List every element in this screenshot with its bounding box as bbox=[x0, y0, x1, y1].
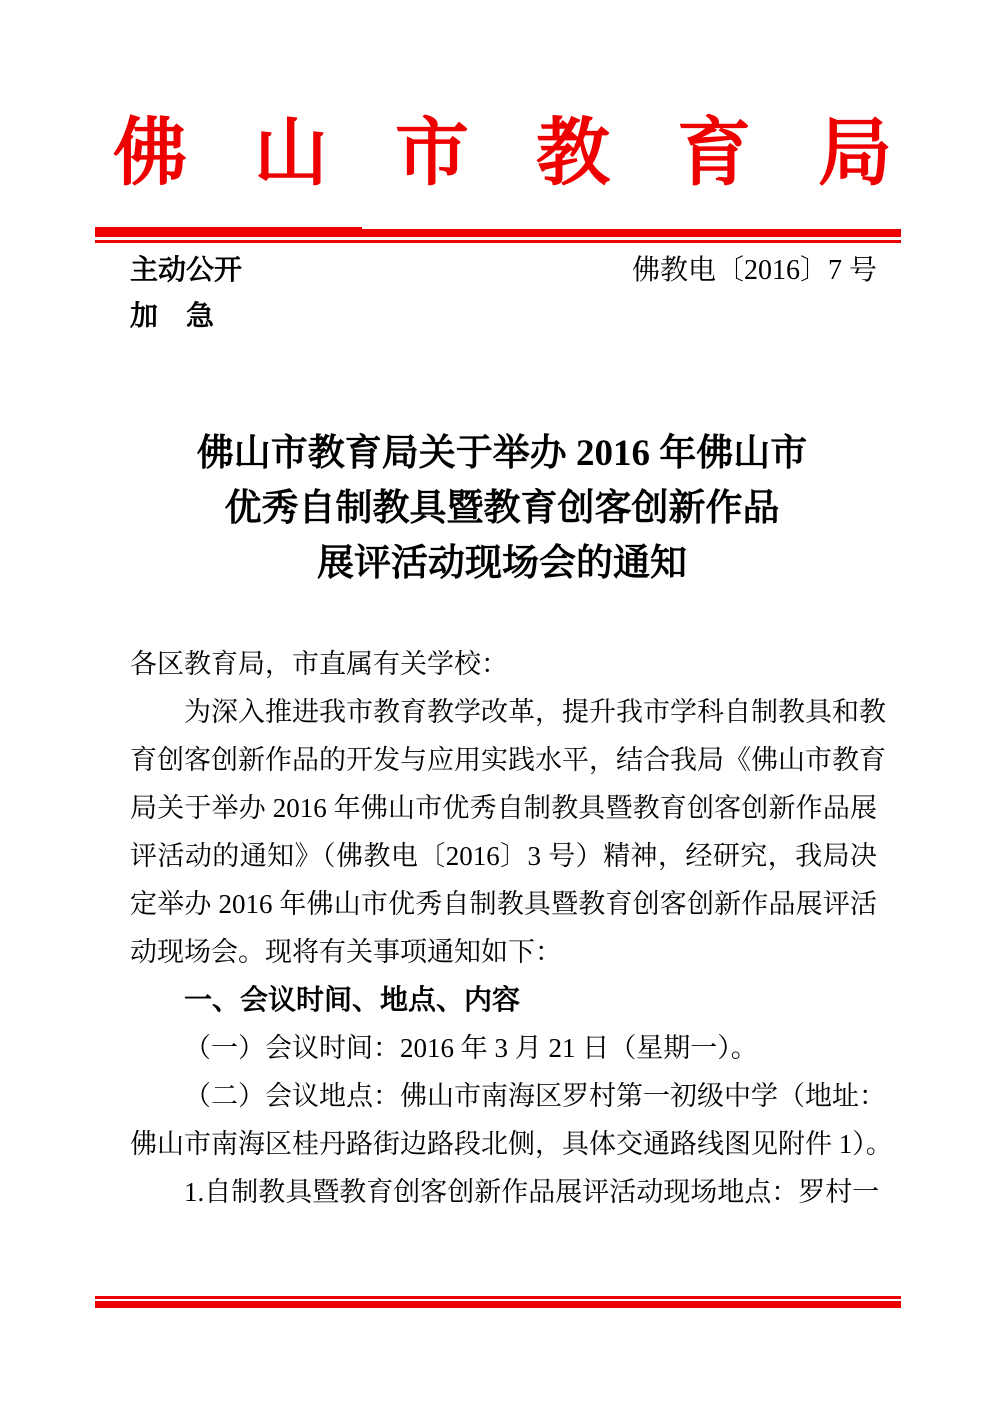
document-title: 佛山市教育局关于举办 2016 年佛山市 优秀自制教具暨教育创客创新作品 展评活… bbox=[122, 426, 882, 591]
paragraph-line: 育创客创新作品的开发与应用实践水平，结合我局《佛山市教育 bbox=[130, 736, 877, 784]
document-page: 佛山市教育局 主动公开 佛教电〔2016〕7 号 加 急 佛山市教育局关于举办 … bbox=[0, 0, 992, 1403]
salutation-line: 各区教育局，市直属有关学校： bbox=[130, 640, 877, 688]
header-divider-thick-left-segment bbox=[95, 227, 362, 237]
paragraph-line: 局关于举办 2016 年佛山市优秀自制教具暨教育创客创新作品展 bbox=[130, 784, 877, 832]
paragraph-line: 评活动的通知》（佛教电〔2016〕3 号）精神，经研究，我局决 bbox=[130, 832, 877, 880]
urgency-label: 加 急 bbox=[130, 298, 214, 334]
header-divider-thin-line bbox=[95, 240, 901, 243]
agency-name: 佛山市教育局 bbox=[113, 112, 892, 196]
list-item-line: 佛山市南海区桂丹路街边路段北侧，具体交通路线图见附件 1）。 bbox=[130, 1120, 877, 1168]
header-divider bbox=[95, 227, 901, 243]
paragraph-line: 定举办 2016 年佛山市优秀自制教具暨教育创客创新作品展评活 bbox=[130, 880, 877, 928]
list-item-line: （一）会议时间：2016 年 3 月 21 日（星期一）。 bbox=[130, 1024, 877, 1072]
document-title-line-1: 佛山市教育局关于举办 2016 年佛山市 bbox=[122, 426, 882, 481]
header-divider-thick-line bbox=[95, 227, 901, 237]
paragraph-line: 为深入推进我市教育教学改革，提升我市学科自制教具和教 bbox=[130, 688, 877, 736]
doc-meta-row: 主动公开 佛教电〔2016〕7 号 bbox=[130, 252, 877, 289]
document-title-line-2: 优秀自制教具暨教育创客创新作品 bbox=[122, 481, 882, 536]
footer-divider-thin-line bbox=[95, 1296, 901, 1299]
publicity-label: 主动公开 bbox=[130, 252, 242, 288]
paragraph-line: 动现场会。现将有关事项通知如下： bbox=[130, 928, 877, 976]
footer-divider bbox=[95, 1296, 901, 1308]
list-item-line: 1.自制教具暨教育创客创新作品展评活动现场地点：罗村一 bbox=[130, 1168, 877, 1216]
list-item-line: （二）会议地点：佛山市南海区罗村第一初级中学（地址： bbox=[130, 1072, 877, 1120]
document-title-line-3: 展评活动现场会的通知 bbox=[122, 536, 882, 591]
footer-divider-thick-line bbox=[95, 1301, 901, 1308]
section-heading: 一、会议时间、地点、内容 bbox=[130, 976, 877, 1024]
doc-number: 佛教电〔2016〕7 号 bbox=[632, 253, 877, 289]
document-body: 各区教育局，市直属有关学校： 为深入推进我市教育教学改革，提升我市学科自制教具和… bbox=[130, 640, 877, 1216]
header-divider-thick-right-segment bbox=[362, 229, 901, 237]
